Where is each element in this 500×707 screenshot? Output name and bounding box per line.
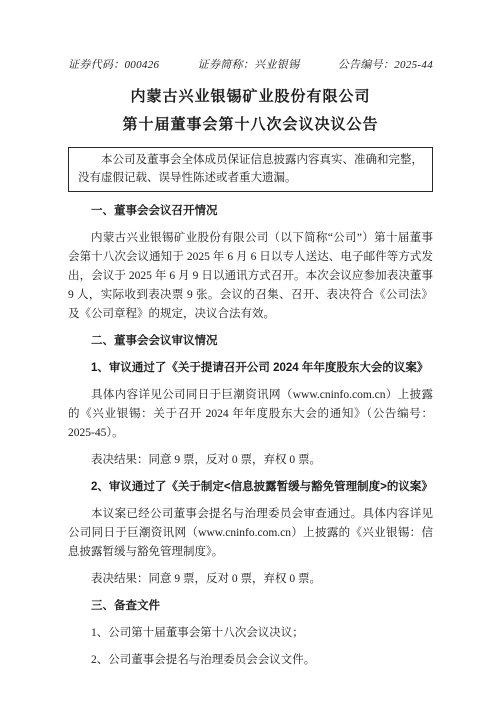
- disclaimer-text: 本公司及董事会全体成员保证信息披露内容真实、准确和完整，没有虚假记载、误导性陈述…: [78, 151, 423, 187]
- meta-row: 证券代码：000426 证券简称：兴业银锡 公告编号：2025-44: [68, 59, 433, 72]
- security-name: 证券简称：兴业银锡: [198, 59, 300, 72]
- section1-paragraph: 内蒙古兴业银锡矿业股份有限公司（以下简称“公司”）第十届董事会第十八次会议通知于…: [68, 229, 433, 324]
- announcement-number: 公告编号：2025-44: [338, 59, 433, 72]
- item2-vote-result: 表决结果：同意 9 票，反对 0 票，弃权 0 票。: [68, 570, 433, 589]
- announcement-page: 证券代码：000426 证券简称：兴业银锡 公告编号：2025-44 内蒙古兴业…: [0, 0, 500, 707]
- resolution-item: 1、审议通过了《关于提请召开公司 2024 年年度股东大会的议案》 具体内容详见…: [68, 359, 433, 470]
- section-meeting-convening: 一、董事会会议召开情况 内蒙古兴业银锡矿业股份有限公司（以下简称“公司”）第十届…: [68, 202, 433, 324]
- item2-heading: 2、审议通过了《关于制定<信息披露暂缓与豁免管理制度>的议案》: [68, 478, 433, 497]
- reference-doc-2: 2、公司董事会提名与治理委员会会议文件。: [68, 651, 433, 670]
- section3-heading: 三、备查文件: [68, 597, 433, 616]
- reference-doc-1: 1、公司第十届董事会第十八次会议决议；: [68, 624, 433, 643]
- item1-vote-result: 表决结果：同意 9 票，反对 0 票，弃权 0 票。: [68, 451, 433, 470]
- resolution-item: 2、审议通过了《关于制定<信息披露暂缓与豁免管理制度>的议案》 本议案已经公司董…: [68, 478, 433, 589]
- section2-heading: 二、董事会会议审议情况: [68, 332, 433, 351]
- security-code: 证券代码：000426: [68, 59, 159, 72]
- item2-paragraph: 本议案已经公司董事会提名与治理委员会审查通过。具体内容详见公司同日于巨潮资讯网（…: [68, 505, 433, 562]
- announcement-title: 第十届董事会第十八次会议决议公告: [68, 115, 433, 135]
- section1-heading: 一、董事会会议召开情况: [68, 202, 433, 221]
- item1-heading: 1、审议通过了《关于提请召开公司 2024 年年度股东大会的议案》: [68, 359, 433, 378]
- section-meeting-review: 二、董事会会议审议情况 1、审议通过了《关于提请召开公司 2024 年年度股东大…: [68, 332, 433, 589]
- company-title: 内蒙古兴业银锡矿业股份有限公司: [68, 87, 433, 107]
- section-reference-documents: 三、备查文件 1、公司第十届董事会第十八次会议决议； 2、公司董事会提名与治理委…: [68, 597, 433, 670]
- disclaimer-box: 本公司及董事会全体成员保证信息披露内容真实、准确和完整，没有虚假记载、误导性陈述…: [68, 147, 433, 192]
- item1-paragraph: 具体内容详见公司同日于巨潮资讯网（www.cninfo.com.cn）上披露的《…: [68, 386, 433, 443]
